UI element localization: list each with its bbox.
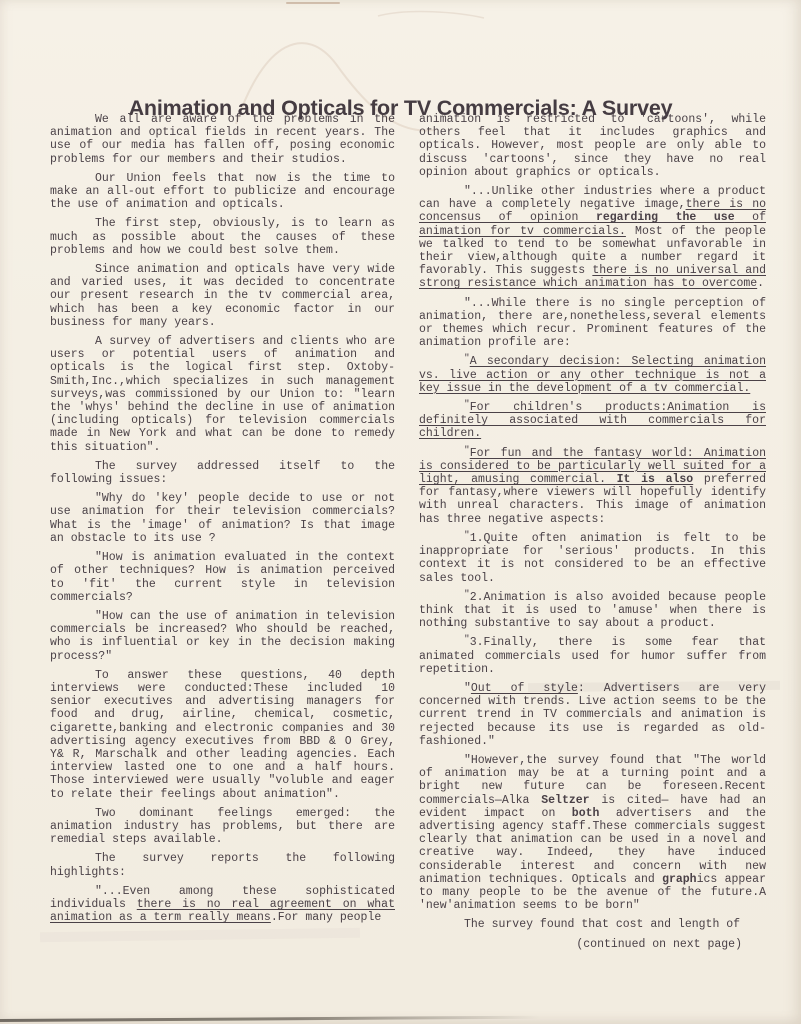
paragraph: "How is animation evaluated in the conte… [50,551,395,604]
text-segment: "How can the use of animation in televis… [50,610,395,663]
text-segment: " [464,352,470,363]
scan-edge-line [0,1015,540,1021]
paragraph: Two dominant feelings emerged: the anima… [50,807,395,847]
text-segment: "...While there is no single perception … [419,297,766,350]
text-segment: regarding the use [596,211,735,224]
text-segment: .For many people [271,911,381,924]
text-segment: . [757,277,764,290]
text-segment: 3.Finally, there is some fear that anima… [419,636,766,675]
text-segment: "Why do 'key' people decide to use or no… [50,492,395,545]
paragraph: "For children's products:Animation is de… [419,401,766,441]
text-segment: i [447,617,454,630]
scan-top-mark [286,2,340,4]
text-segment: Two dominant feelings emerged: the anima… [50,807,395,846]
text-segment: A survey of advertisers and clients who … [50,335,395,454]
paragraph: The first step, obviously, is to learn a… [50,217,395,257]
text-segment: " [464,444,470,455]
text-segment: The first step, obviously, is to learn a… [50,217,395,256]
paragraph: The survey reports the following highlig… [50,852,395,878]
paragraph: To answer these questions, 40 depth inte… [50,669,395,801]
paragraph: We all are aware of the problems in the … [50,113,395,166]
paragraph: A survey of advertisers and clients who … [50,335,395,454]
paragraph: The survey found that cost and length of [419,918,766,931]
paragraph: "...Unlike other industries where a prod… [419,185,766,291]
paragraph: "A secondary decision: Selecting animati… [419,355,766,395]
text-segment: graph [662,873,697,886]
text-segment: 1.Quite often animation is felt to be in… [419,532,766,585]
paragraph: "However,the survey found that "The worl… [419,754,766,912]
continued-note: (continued on next page) [419,938,766,951]
paragraph: "Out of style: Advertisers are very conc… [419,682,766,748]
paragraph: Since animation and opticals have very w… [50,263,395,329]
text-segment: For children's products:Animation is def… [419,401,766,440]
text-segment: The survey addressed itself to the follo… [50,460,395,486]
paragraph: "For fun and the fantasy world: Animatio… [419,447,766,526]
text-segment: The survey reports the following highlig… [50,852,395,878]
paragraph: "1.Quite often animation is felt to be i… [419,532,766,585]
paragraph: "...While there is no single perception … [419,297,766,350]
paragraph: "Why do 'key' people decide to use or no… [50,492,395,545]
document-page: Animation and Opticals for TV Commercial… [0,0,801,1024]
text-segment: It is also [606,473,693,486]
paragraph: "2.Animation is also avoided because peo… [419,591,766,631]
right-column-paragraphs: animation is restricted to 'cartoons', w… [419,113,766,932]
paragraph: Our Union feels that now is the time to … [50,172,395,212]
text-segment: ng substantive to say about a product. [454,617,716,630]
text-segment: " [464,529,470,540]
paragraph: "...Even among these sophisticated indiv… [50,885,395,925]
text-segment: To answer these questions, 40 depth inte… [50,669,395,801]
paragraph: The survey addressed itself to the follo… [50,460,395,486]
text-segment: We all are aware of the problems in the … [50,113,395,166]
text-segment: Since animation and opticals have very w… [50,263,395,329]
text-segment: Out of style [471,682,578,695]
text-segment: " [464,588,470,599]
paragraph: "3.Finally, there is some fear that anim… [419,636,766,676]
paragraph: "How can the use of animation in televis… [50,610,395,663]
text-segment: "How is animation evaluated in the conte… [50,551,395,604]
text-segment: " [464,633,470,644]
text-segment: " [464,682,471,695]
text-segment: Our Union feels that now is the time to … [50,172,395,211]
text-segment: The survey found that cost and length of [464,918,740,931]
left-column: We all are aware of the problems in the … [50,113,395,930]
text-segment: " [464,398,470,409]
text-segment: A secondary decision: Selecting animatio… [419,355,766,394]
text-segment: both [572,807,600,820]
text-segment: animation is restricted to 'cartoons', w… [419,113,766,179]
paragraph: animation is restricted to 'cartoons', w… [419,113,766,179]
right-column: animation is restricted to 'cartoons', w… [419,113,766,951]
text-segment: Seltzer [541,794,589,807]
